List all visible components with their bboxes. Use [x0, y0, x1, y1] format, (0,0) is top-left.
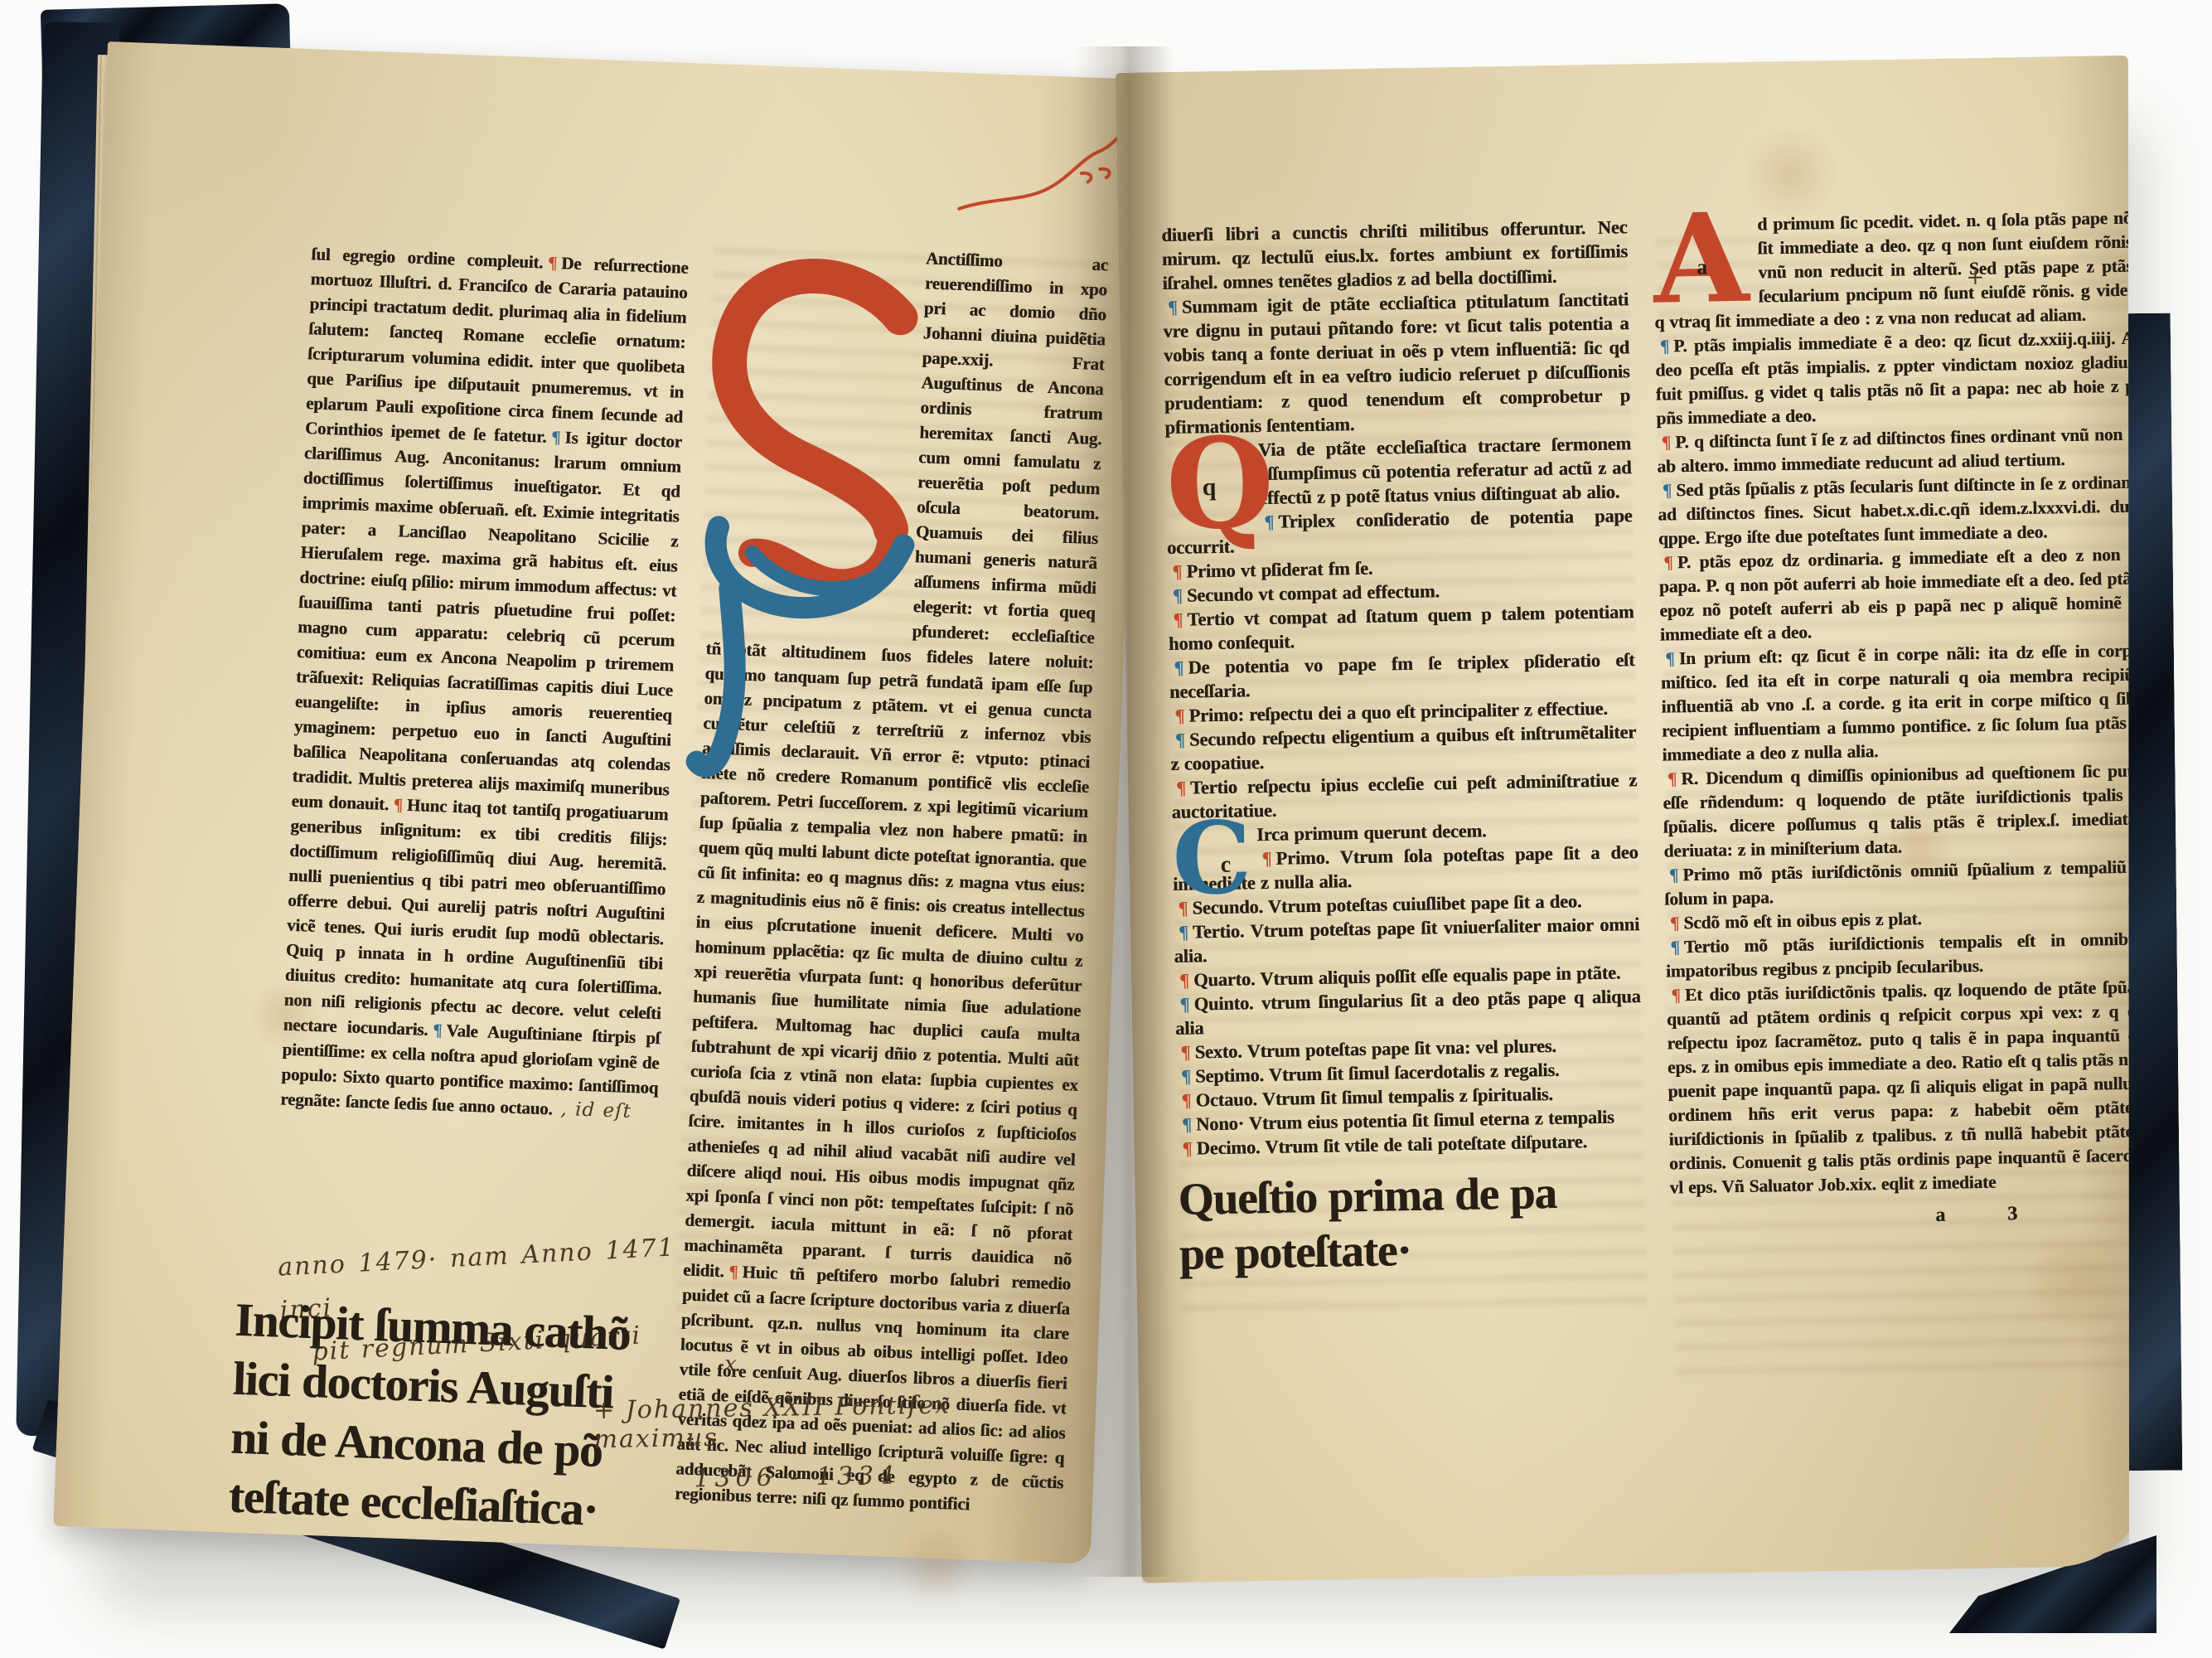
paragraph: ¶P. q diſtincta ſunt ĩ ſe z ad diſtincto…	[1657, 423, 2137, 479]
a-initial-paragraph: A a d primum ſic pcedit. videt. n. q ſol…	[1653, 206, 2133, 335]
paragraph: ¶Et dico ptãs iuriſdictõnis tpalis. qz l…	[1666, 975, 2148, 1200]
item-text: Secundo vt compat ad effectum.	[1187, 580, 1440, 605]
guide-letter-q: q	[1202, 475, 1216, 499]
paragraph: ¶In prium eſt: qz ſicut ẽ in corpe nãli:…	[1660, 639, 2141, 768]
pilcrow-icon: ¶	[548, 253, 558, 273]
pilcrow-icon: ¶	[1663, 552, 1673, 572]
paragraph-text: In prium eſt: qz ſicut ẽ in corpe nãli: …	[1661, 641, 2141, 765]
question-item: ¶Quinto. vtrum ſingularius ſit a deo ptã…	[1174, 984, 1641, 1040]
paragraph: ¶Tertio mõ ptãs iuriſdictionis tempalis …	[1665, 927, 2145, 983]
paragraph-text: Et dico ptãs iuriſdictõnis tpalis. qz lo…	[1667, 977, 2148, 1197]
c-initial-block: C c Irca primum querunt decem. ¶Primo. V…	[1172, 816, 1643, 1161]
pilcrow-icon: ¶	[1174, 705, 1184, 726]
initial-S-icon: S	[706, 238, 926, 639]
list-item: ¶Secundo reſpectu eligentium a quibus eſ…	[1170, 720, 1637, 776]
left-column-2: S Anctiſſimo ac reuerendiſſimo in xpo pr…	[675, 238, 1109, 1520]
paragraph: ¶P. ptãs impialis immediate ẽ a deo: qz …	[1655, 327, 2136, 431]
left-column-1-text: ſul egregio ordine compleuit.¶De reſurre…	[280, 241, 689, 1125]
right-col1-intro: diuerſi libri a cunctis chriſti militibu…	[1161, 215, 1630, 439]
paragraph: ¶R. Dicendum q dimiſſis opinionibus ad q…	[1663, 759, 2143, 864]
pope-note-line1: + Johannes XXII Pontifex maximus	[593, 1389, 1025, 1454]
text-segment: ¶De reſurrectione mortuoz Illuſtri. d. F…	[305, 252, 689, 446]
pilcrow-icon: ¶	[1173, 609, 1183, 630]
paragraph-text: diuerſi libri a cunctis chriſti militibu…	[1161, 216, 1628, 293]
pilcrow-icon: ¶	[1669, 865, 1679, 885]
initial-A-icon: A a	[1653, 213, 1759, 288]
pilcrow-icon: ¶	[728, 1261, 738, 1281]
right-col2-paragraphs: ¶P. ptãs impialis immediate ẽ a deo: qz …	[1655, 327, 2149, 1200]
paragraph-text: P. ptãs impialis immediate ẽ a deo: qz ſ…	[1655, 328, 2135, 429]
q-paragraph-text: Via de ptãte eccleſiaſtica tractare ſerm…	[1258, 433, 1632, 508]
pilcrow-icon: ¶	[1261, 848, 1271, 869]
pilcrow-icon: ¶	[433, 1020, 443, 1040]
paragraph: ¶Primo mõ ptãs iuriſdictõnis omniũ ſpũal…	[1664, 856, 2144, 912]
initial-Q-icon: Q q	[1165, 438, 1260, 512]
pilcrow-icon: ¶	[393, 794, 403, 814]
segment-text: Hunc itaq tot tantiſq progatiuarum gener…	[283, 795, 668, 1040]
paragraph-text: P. q diſtincta ſunt ĩ ſe z ad diſtinctos…	[1657, 424, 2136, 477]
question-text: Tertio. Vtrum poteſtas pape ſit vniuerſa…	[1174, 914, 1639, 967]
paragraph-text: Sed ptãs ſpũalis z ptãs ſecularis ſunt d…	[1658, 473, 2137, 549]
pilcrow-icon: ¶	[1174, 657, 1183, 678]
paragraph: diuerſi libri a cunctis chriſti militibu…	[1161, 215, 1628, 295]
question-item: ¶Tertio. Vtrum poteſtas pape ſit vniuerſ…	[1174, 912, 1640, 968]
c-block-first-text: Irca primum querunt decem.	[1256, 820, 1487, 845]
pilcrow-icon: ¶	[1665, 648, 1675, 668]
paragraph: ¶P. ptãs epoz dz ordinaria. g immediate …	[1658, 543, 2139, 647]
segment-text: ſul egregio ordine compleuit.	[311, 244, 543, 272]
handwritten-pope-note: + Johannes XXII Pontifex maximus 1306 - …	[593, 1389, 1026, 1495]
question-text: Decimo. Vtrum ſit vtile de tali poteſtat…	[1196, 1131, 1587, 1158]
segment-text: , id eſt	[560, 1098, 632, 1122]
pilcrow-icon: ¶	[1179, 994, 1189, 1015]
paragraph-text: Primo mõ ptãs iuriſdictõnis omniũ ſpũali…	[1664, 857, 2143, 909]
pilcrow-icon: ¶	[1175, 730, 1185, 750]
q-initial-paragraph: Q q Via de ptãte eccleſiaſtica tractare …	[1165, 431, 1632, 511]
paragraph-text: R. Dicendum q dimiſſis opinionibus ad qu…	[1663, 761, 2142, 861]
list-item: ¶De potentia vo pape fm ſe triplex pſide…	[1169, 647, 1635, 704]
pilcrow-icon: ¶	[1179, 922, 1188, 943]
pilcrow-icon: ¶	[1179, 970, 1189, 991]
right-margin-mark: +	[1966, 265, 1984, 290]
questio-heading: Queſtio prima de pa pe poteſtate·	[1178, 1164, 1645, 1282]
pilcrow-icon: ¶	[1182, 1138, 1192, 1159]
question-text: Quinto. vtrum ſingularius ſit a deo ptãs…	[1175, 986, 1641, 1039]
pilcrow-icon: ¶	[1662, 432, 1672, 452]
guide-letter-a: a	[1697, 255, 1707, 279]
pilcrow-icon: ¶	[1182, 1114, 1192, 1135]
text-segment: , id eſt	[560, 1098, 632, 1122]
pilcrow-icon: ¶	[1181, 1066, 1191, 1087]
questio-line: pe poteſtate·	[1179, 1219, 1645, 1282]
text-segment: ¶Hunc itaq tot tantiſq progatiuarum gene…	[283, 794, 668, 1040]
initial-C-letter: C	[1172, 814, 1252, 904]
initial-C-icon: C c	[1172, 822, 1257, 872]
pilcrow-icon: ¶	[1670, 937, 1680, 957]
paragraph-text: P. ptãs epoz dz ordinaria. g immediate e…	[1659, 545, 2139, 645]
initial-Q-letter: Q	[1165, 429, 1275, 539]
paragraph-text: Tertio mõ ptãs iuriſdictionis tempalis e…	[1666, 928, 2145, 981]
paragraph: ¶Sed ptãs ſpũalis z ptãs ſecularis ſunt …	[1658, 471, 2137, 551]
pilcrow-icon: ¶	[1176, 778, 1186, 798]
left-column-2-text: S Anctiſſimo ac reuerendiſſimo in xpo pr…	[675, 238, 1109, 1520]
pilcrow-icon: ¶	[1671, 985, 1681, 1005]
right-column-1: diuerſi libri a cunctis chriſti militibu…	[1161, 215, 1645, 1282]
item-text: Secundo reſpectu eligentium a quibus eſt…	[1170, 721, 1636, 774]
item-text: De potentia vo pape fm ſe triplex pſider…	[1169, 649, 1635, 702]
pilcrow-icon: ¶	[1670, 913, 1680, 933]
right-page: diuerſi libri a cunctis chriſti militibu…	[1116, 56, 2155, 1583]
pilcrow-icon: ¶	[1181, 1090, 1191, 1111]
right-column-2: A a d primum ſic pcedit. videt. n. q ſol…	[1653, 206, 2149, 1233]
item-text: Tertio vt compat ad ſtatum quem p talem …	[1169, 601, 1634, 654]
guide-letter-c: c	[1220, 853, 1231, 877]
pilcrow-icon: ¶	[1180, 1042, 1190, 1063]
text-segment: ¶Is igitur doctor clariſſimus Aug. Ancon…	[291, 427, 682, 814]
pilcrow-icon: ¶	[1667, 768, 1677, 788]
pilcrow-icon: ¶	[1660, 336, 1670, 356]
left-column-1: ſul egregio ordine compleuit.¶De reſurre…	[264, 241, 689, 1548]
pilcrow-icon: ¶	[1173, 585, 1183, 606]
left-margin-mark: x	[724, 1351, 737, 1377]
list-item: ¶Tertio vt compat ad ſtatum quem p talem…	[1168, 599, 1634, 656]
pope-note-line2: 1306 - 1334	[694, 1459, 1026, 1493]
pilcrow-icon: ¶	[1172, 561, 1182, 582]
pilcrow-icon: ¶	[1168, 297, 1178, 318]
segment-text: Is igitur doctor clariſſimus Aug. Anconi…	[291, 428, 682, 814]
questio-line: Queſtio prima de pa	[1178, 1164, 1644, 1227]
text-segment: ſul egregio ordine compleuit.	[311, 244, 543, 272]
item-text: Primo vt pſiderat fm ſe.	[1186, 558, 1372, 582]
left-page: ſul egregio ordine compleuit.¶De reſurre…	[53, 41, 1145, 1564]
paragraph-text: Scdõ mõ eſt in oibus epis z plat.	[1683, 909, 1921, 933]
pilcrow-icon: ¶	[1663, 480, 1672, 500]
quire-signature: a 3	[1935, 1200, 2149, 1227]
pilcrow-icon: ¶	[551, 427, 561, 447]
segment-text: De reſurrectione mortuoz Illuſtri. d. Fr…	[305, 253, 689, 446]
